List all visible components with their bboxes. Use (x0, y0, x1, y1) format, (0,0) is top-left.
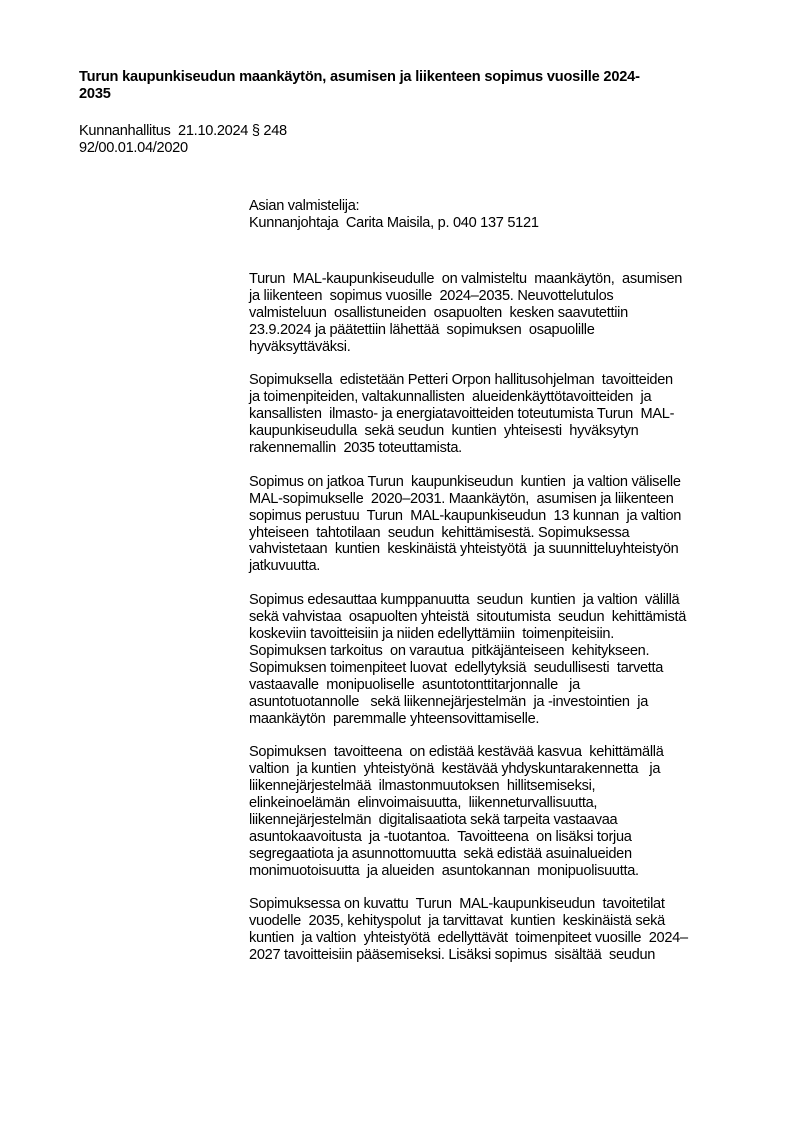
paragraph-line: sopimus perustuu Turun MAL-kaupunkiseudu… (249, 508, 739, 525)
paragraph-line: jatkuvuutta. (249, 558, 739, 575)
paragraph-line: vastaavalle monipuoliselle asuntotonttit… (249, 677, 739, 694)
paragraph-line: kuntien ja valtion yhteistyötä edellyttä… (249, 930, 739, 947)
document-title: Turun kaupunkiseudun maankäytön, asumise… (79, 69, 729, 103)
paragraph-line: ja liikenteen sopimus vuosille 2024–2035… (249, 288, 739, 305)
paragraph-line: vuodelle 2035, kehityspolut ja tarvittav… (249, 913, 739, 930)
paragraph-line: valmisteluun osallistuneiden osapuolten … (249, 305, 739, 322)
body-paragraph: Sopimus edesauttaa kumppanuutta seudun k… (249, 592, 739, 727)
paragraph-line: elinkeinoelämän elinvoimaisuutta, liiken… (249, 795, 739, 812)
paragraph-line: kaupunkiseudulla sekä seudun kuntien yht… (249, 423, 739, 440)
paragraph-line: hyväksyttäväksi. (249, 339, 739, 356)
record-number: 92/00.01.04/2020 (79, 140, 287, 157)
body-paragraph: Sopimuksessa on kuvattu Turun MAL-kaupun… (249, 896, 739, 964)
paragraph-line: rakennemallin 2035 toteuttamista. (249, 440, 739, 457)
paragraph-line: Sopimuksen tavoitteena on edistää kestäv… (249, 744, 739, 761)
paragraph-line: sekä vahvistaa osapuolten yhteistä sitou… (249, 609, 739, 626)
paragraph-line: Sopimus on jatkoa Turun kaupunkiseudun k… (249, 474, 739, 491)
paragraph-line: segregaatiota ja asunnottomuutta sekä ed… (249, 846, 739, 863)
document-body: Turun MAL-kaupunkiseudulle on valmistelt… (249, 271, 739, 981)
paragraph-line: Sopimuksen tarkoitus on varautua pitkäjä… (249, 643, 739, 660)
paragraph-line: 2027 tavoitteisiin pääsemiseksi. Lisäksi… (249, 947, 739, 964)
paragraph-line: vahvistetaan kuntien keskinäistä yhteist… (249, 541, 739, 558)
paragraph-line: Sopimuksessa on kuvattu Turun MAL-kaupun… (249, 896, 739, 913)
paragraph-line: asuntokaavoitusta ja -tuotantoa. Tavoitt… (249, 829, 739, 846)
paragraph-line: Sopimus edesauttaa kumppanuutta seudun k… (249, 592, 739, 609)
paragraph-line: monimuotoisuutta ja alueiden asuntokanna… (249, 863, 739, 880)
paragraph-line: maankäytön paremmalle yhteensovittamisel… (249, 711, 739, 728)
document-page: Turun kaupunkiseudun maankäytön, asumise… (0, 0, 794, 1122)
paragraph-line: kansallisten ilmasto- ja energiatavoitte… (249, 406, 739, 423)
meeting-body-date: Kunnanhallitus 21.10.2024 § 248 (79, 123, 287, 140)
meeting-metadata: Kunnanhallitus 21.10.2024 § 248 92/00.01… (79, 123, 287, 157)
paragraph-line: liikennejärjestelmän digitalisaatiota se… (249, 812, 739, 829)
paragraph-line: Sopimuksen toimenpiteet luovat edellytyk… (249, 660, 739, 677)
paragraph-line: koskeviin tavoitteisiin ja niiden edelly… (249, 626, 739, 643)
preparer-label: Asian valmistelija: (249, 198, 539, 215)
body-paragraph: Sopimuksen tavoitteena on edistää kestäv… (249, 744, 739, 879)
body-paragraph: Sopimuksella edistetään Petteri Orpon ha… (249, 372, 739, 457)
title-line: Turun kaupunkiseudun maankäytön, asumise… (79, 69, 729, 86)
paragraph-line: liikennejärjestelmää ilmastonmuutoksen h… (249, 778, 739, 795)
paragraph-line: MAL-sopimukselle 2020–2031. Maankäytön, … (249, 491, 739, 508)
paragraph-line: Sopimuksella edistetään Petteri Orpon ha… (249, 372, 739, 389)
body-paragraph: Sopimus on jatkoa Turun kaupunkiseudun k… (249, 474, 739, 575)
preparer-person: Kunnanjohtaja Carita Maisila, p. 040 137… (249, 215, 539, 232)
title-line: 2035 (79, 86, 729, 103)
paragraph-line: yhteiseen tahtotilaan seudun kehittämise… (249, 525, 739, 542)
paragraph-line: valtion ja kuntien yhteistyönä kestävää … (249, 761, 739, 778)
preparer-block: Asian valmistelija: Kunnanjohtaja Carita… (249, 198, 539, 232)
paragraph-line: Turun MAL-kaupunkiseudulle on valmistelt… (249, 271, 739, 288)
paragraph-line: asuntotuotannolle sekä liikennejärjestel… (249, 694, 739, 711)
paragraph-line: 23.9.2024 ja päätettiin lähettää sopimuk… (249, 322, 739, 339)
body-paragraph: Turun MAL-kaupunkiseudulle on valmistelt… (249, 271, 739, 356)
paragraph-line: ja toimenpiteiden, valtakunnallisten alu… (249, 389, 739, 406)
